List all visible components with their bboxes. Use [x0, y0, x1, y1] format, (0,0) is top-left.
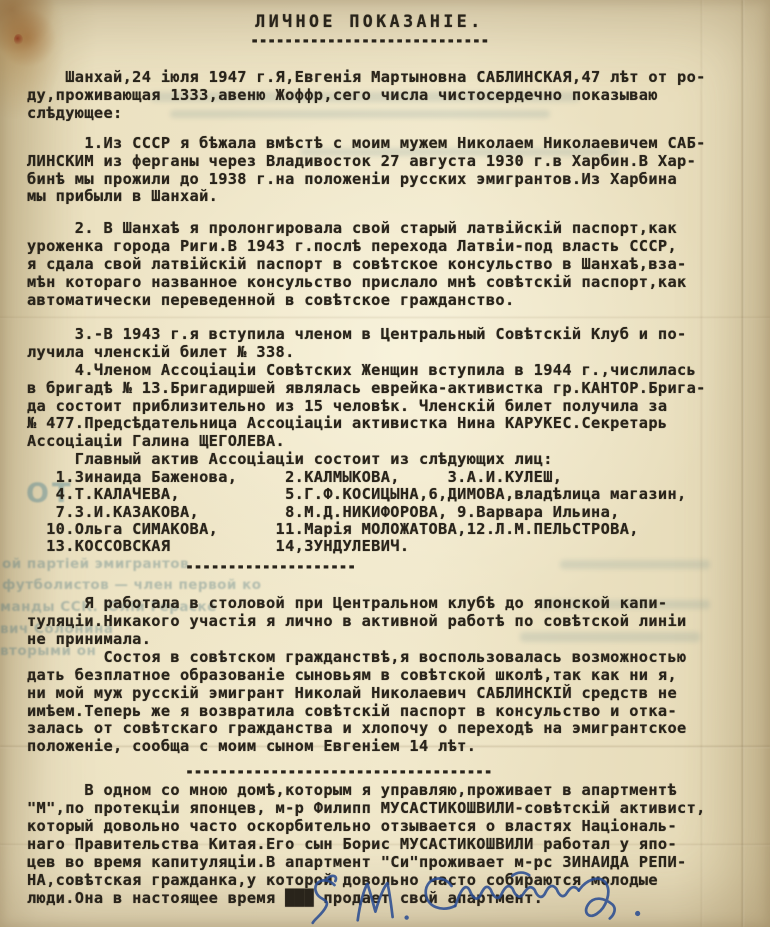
typed-content: ЛИЧНОЕ ПОКАЗАНІЕ. ----------------------…	[0, 0, 770, 927]
paragraph-2-latvian-passport: 2. В Шанхаѣ я пролонгировала свой старый…	[27, 220, 740, 310]
signature-stroke	[455, 883, 580, 906]
title-underline: ----------------------------	[13, 33, 726, 48]
paragraph-6-canteen-work: Я работала в столовой при Центральном кл…	[27, 595, 740, 649]
signature-stroke	[512, 872, 529, 876]
signature-stroke	[578, 878, 615, 919]
document-page: ОТ ой партіей эмигрантов футболистов — ч…	[0, 0, 770, 927]
signature-dot	[404, 915, 409, 920]
paragraph-intro: Шанхай,24 іюля 1947 г.Я,Евгенія Мартынов…	[27, 69, 740, 123]
signature-stroke	[425, 878, 455, 909]
signature-stroke	[311, 880, 335, 923]
signature-period	[635, 911, 640, 916]
paragraph-1-escape-from-ussr: 1.Из СССР я бѣжала вмѣстѣ с моим мужем Н…	[27, 135, 740, 207]
paragraph-5-active-members-heading: Главный актив Ассоціаціи состоит из слѣд…	[27, 451, 740, 469]
paragraph-3-soviet-club: 3.-В 1943 г.я вступила членом в Централь…	[27, 326, 740, 362]
signature-stroke	[356, 883, 392, 920]
signature-handwritten: Е М. Саблинская.	[304, 862, 656, 927]
separator-dashes-1: --------------------	[185, 559, 740, 574]
paragraph-4-womens-association: 4.Членом Ассоціаціи Совѣтских Женщин вст…	[27, 362, 740, 452]
paragraph-7-returned-passport: Состоя в совѣтском гражданствѣ,я восполь…	[27, 649, 740, 756]
separator-dashes-2: ------------------------------------	[185, 764, 740, 779]
member-list: 1.Зинаида Баженова, 2.КАЛМЫКОВА, 3.А.И.К…	[27, 469, 740, 555]
